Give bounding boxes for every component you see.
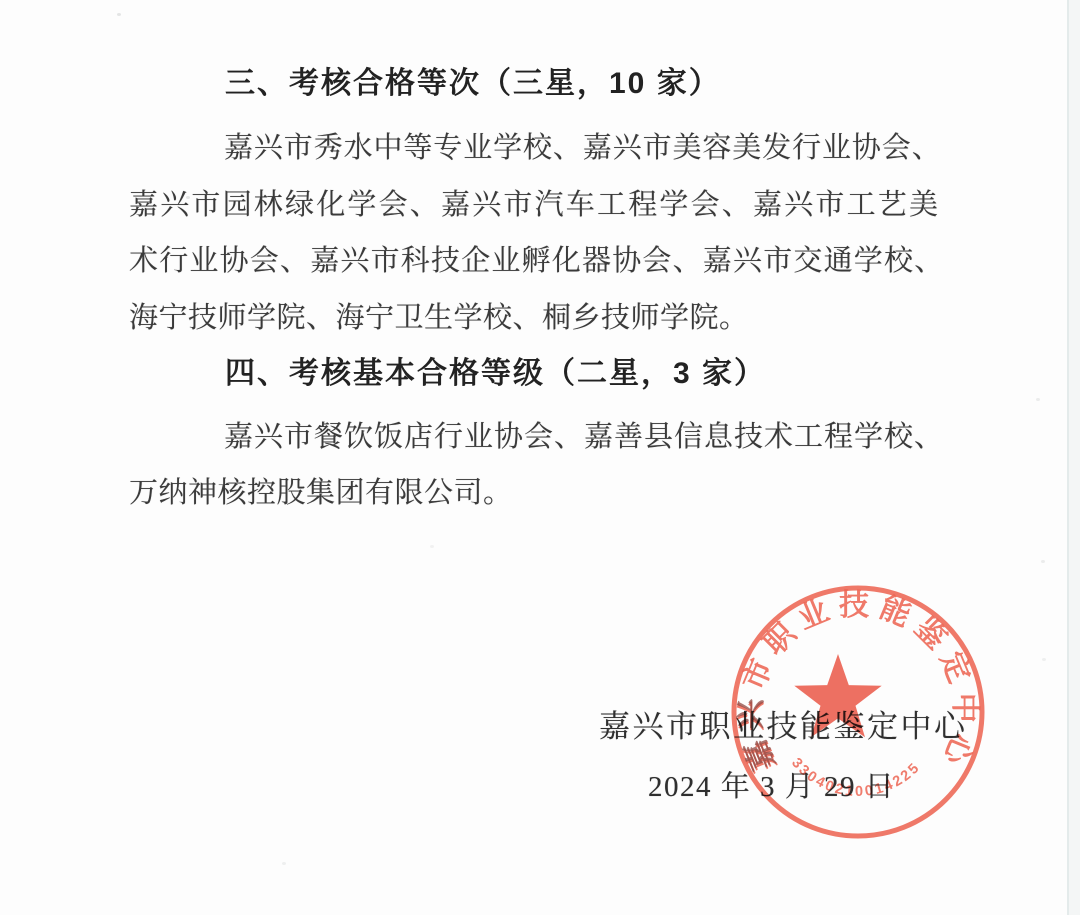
body-line: 术行业协会、嘉兴市科技企业孵化器协会、嘉兴市交通学校、 bbox=[129, 241, 944, 281]
star-icon bbox=[794, 654, 881, 737]
scan-speck bbox=[186, 196, 190, 199]
body-line: 海宁技师学院、海宁卫生学校、桐乡技师学院。 bbox=[129, 298, 749, 338]
scan-speck bbox=[1041, 560, 1045, 563]
seal-ring-text-overlap: 嘉兴 bbox=[735, 691, 781, 775]
section-heading-three: 三、考核合格等次（三星，10 家） bbox=[225, 64, 721, 104]
seal-code-container: 33040210014225 bbox=[788, 755, 924, 800]
body-line: 嘉兴市秀水中等专业学校、嘉兴市美容美发行业协会、 bbox=[224, 128, 942, 168]
seal-code: 33040210014225 bbox=[788, 755, 924, 800]
scan-speck bbox=[1036, 398, 1040, 401]
scan-edge-strip bbox=[1069, 0, 1080, 915]
body-line: 嘉兴市餐饮饭店行业协会、嘉善县信息技术工程学校、 bbox=[224, 417, 944, 457]
scan-speck bbox=[282, 862, 286, 865]
scan-speck bbox=[430, 545, 434, 548]
scan-edge-line bbox=[1067, 0, 1069, 915]
scanned-document-page: 三、考核合格等次（三星，10 家） 嘉兴市秀水中等专业学校、嘉兴市美容美发行业协… bbox=[0, 0, 1080, 915]
seal-ring-text-overlap-container: 嘉兴 bbox=[735, 691, 781, 775]
scan-speck bbox=[117, 13, 121, 16]
body-line: 嘉兴市园林绿化学会、嘉兴市汽车工程学会、嘉兴市工艺美 bbox=[129, 185, 940, 225]
scan-speck bbox=[1042, 658, 1046, 661]
official-seal: 嘉兴市职业技能鉴定中心 嘉兴 33040210014225 bbox=[723, 577, 993, 847]
section-heading-four: 四、考核基本合格等级（二星，3 家） bbox=[225, 354, 766, 394]
body-line: 万纳神核控股集团有限公司。 bbox=[129, 473, 513, 513]
